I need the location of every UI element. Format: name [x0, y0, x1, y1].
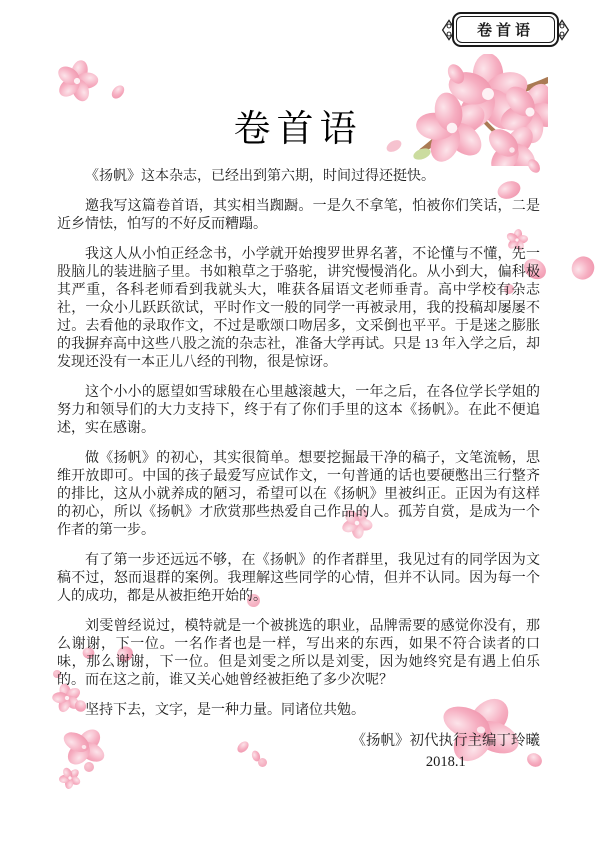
paragraph: 《扬帆》这本杂志，已经出到第六期，时间过得还挺快。 — [57, 168, 540, 186]
corner-badge: 卷首语 — [441, 12, 570, 47]
paragraph: 坚持下去，文字，是一种力量。同诸位共勉。 — [57, 702, 540, 720]
page-title: 卷首语 — [0, 98, 596, 152]
signature-block: 《扬帆》初代执行主编丁玲曦 2018.1 — [57, 732, 540, 772]
magazine-foreword-page: { "page": { "badge_label": "卷首语", "title… — [0, 0, 596, 842]
paragraph: 这个小小的愿望如雪球般在心里越滚越大，一年之后，在各位学长学姐的努力和领导们的大… — [57, 384, 540, 438]
paragraph: 我这人从小怕正经念书，小学就开始搜罗世界名著，不论懂与不懂，先一股脑儿的装进脑子… — [57, 246, 540, 372]
petal-decoration — [566, 251, 596, 286]
badge-label: 卷首语 — [477, 23, 534, 39]
paragraph: 邀我写这篇卷首语，其实相当踟蹰。一是久不拿笔，怕被你们笑话，二是近乡情怯，怕写的… — [57, 198, 540, 234]
signature: 《扬帆》初代执行主编丁玲曦 — [352, 732, 541, 750]
foreword-body: 《扬帆》这本杂志，已经出到第六期，时间过得还挺快。邀我写这篇卷首语，其实相当踟蹰… — [57, 168, 540, 772]
paragraph: 做《扬帆》的初心，其实很简单。想要挖掘最干净的稿子，文笔流畅，思维开放即可。中国… — [57, 450, 540, 540]
paragraph-list: 《扬帆》这本杂志，已经出到第六期，时间过得还挺快。邀我写这篇卷首语，其实相当踟蹰… — [57, 168, 540, 720]
badge-frame: 卷首语 — [452, 12, 559, 47]
date: 2018.1 — [352, 753, 541, 771]
paragraph: 刘雯曾经说过，模特就是一个被挑选的职业，品牌需要的感觉你没有，那么谢谢，下一位。… — [57, 618, 540, 690]
paragraph: 有了第一步还远远不够，在《扬帆》的作者群里，我见过有的同学因为文稿不过，怒而退群… — [57, 552, 540, 606]
